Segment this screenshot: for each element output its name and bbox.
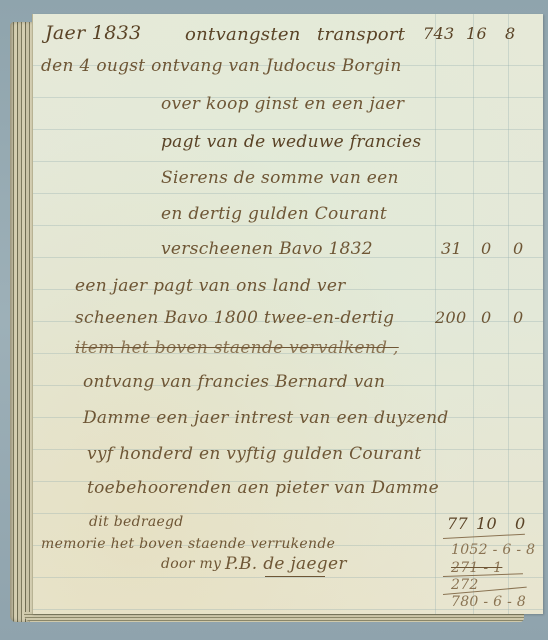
entry3-line4: toebehoorenden aen pieter van Damme (87, 478, 439, 498)
signature: P.B. de jaeger (225, 554, 347, 574)
signature-underline (265, 576, 325, 577)
header-year: Jaer 1833 (45, 22, 141, 44)
signature-prefix: door my (161, 556, 221, 572)
memo-line: memorie het boven staende verrukende (41, 536, 335, 552)
header-title: ontvangsten (185, 24, 301, 45)
entry1-line3: pagt van de weduwe francies (161, 132, 421, 152)
total-amount-penningen: 0 (515, 514, 525, 533)
entry3-line2: Damme een jaer intrest van een duyzend (83, 408, 449, 428)
total-amount-guilders: 77 (447, 514, 468, 533)
entry2-line1: een jaer pagt van ons land ver (75, 276, 346, 296)
total-amount-stuivers: 10 (476, 514, 497, 533)
entry1-line6: verscheenen Bavo 1832 (161, 239, 373, 259)
entry1-line1: den 4 ougst ontvang van Judocus Borgin (41, 56, 402, 76)
ledger-book: Jaer 1833 ontvangsten transport 743 16 8… (10, 14, 548, 632)
header-transport-penningen: 8 (505, 24, 515, 43)
tally-line-1: 1052 - 6 - 8 (451, 542, 535, 558)
entry2-line2: scheenen Bavo 1800 twee-en-dertig (75, 308, 394, 328)
entry1-amount-stuivers: 0 (481, 239, 491, 258)
entry1-amount-penningen: 0 (513, 239, 523, 258)
ledger-page: Jaer 1833 ontvangsten transport 743 16 8… (32, 14, 543, 614)
entry3-line1: ontvang van francies Bernard van (83, 372, 385, 392)
entry3-line3: vyf honderd en vyftig gulden Courant (87, 444, 421, 464)
entry2-struck-line: item het boven staende vervalkend , (75, 338, 399, 358)
total-label: dit bedraegd (89, 514, 184, 530)
entry1-line2: over koop ginst en een jaer (161, 94, 404, 114)
entry1-line5: en dertig gulden Courant (161, 204, 387, 224)
entry2-amount-penningen: 0 (513, 308, 523, 327)
entry1-amount-guilders: 31 (441, 239, 462, 258)
header-transport-label: transport (317, 24, 405, 45)
entry2-amount-stuivers: 0 (481, 308, 491, 327)
header-transport-guilders: 743 (423, 24, 454, 43)
tally-line-4: 780 - 6 - 8 (451, 594, 526, 610)
header-transport-stuivers: 16 (466, 24, 487, 43)
entry2-amount-guilders: 200 (435, 308, 466, 327)
entry1-line4: Sierens de somme van een (161, 168, 399, 188)
